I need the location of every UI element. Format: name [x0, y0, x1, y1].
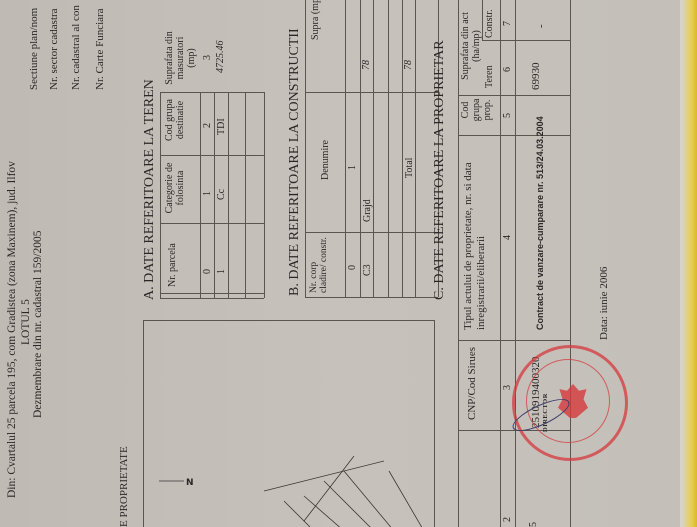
total-label: Total: [404, 158, 415, 178]
table-c-border: [458, 0, 459, 527]
cell-building-area: 78: [361, 60, 372, 70]
table-a-divider: [200, 92, 201, 298]
table-a-divider: [160, 155, 264, 156]
table-a-divider: [245, 92, 246, 298]
col-header-measured-area: Suprafata din masuratori (mp): [164, 28, 197, 88]
cell-destination-code: TDI: [216, 118, 227, 135]
cell-measured-area: 4725.46: [215, 41, 226, 74]
table-b-divider: [373, 0, 374, 297]
table-a-border: [160, 92, 161, 298]
table-b-divider: [388, 0, 389, 297]
cell-deed-type: Contract de vanzare-cumparare nr. 513/24…: [535, 116, 545, 330]
table-c-divider: [458, 340, 570, 341]
subcol-building: Constr.: [484, 9, 495, 38]
col-header-owner-group: Cod grupa prop.: [460, 90, 493, 130]
right-field-sector: Nr. sector cadastra: [48, 8, 60, 90]
table-c-divider: [515, 0, 516, 527]
cell-building-area-deed: -: [535, 24, 547, 28]
subcol-land: Teren: [484, 65, 495, 88]
cell-lot-no: 5: [528, 522, 539, 527]
section-b-title: B. DATE REFERITOARE LA CONSTRUCTII: [287, 28, 303, 296]
col-header-deed-type: Tipul actului de proprietate, nr. si dat…: [462, 140, 488, 330]
total-value: 78: [403, 60, 414, 70]
col-num-1: 1: [202, 191, 213, 196]
col-header-name: Denumire: [320, 140, 331, 180]
col-num-2: 2: [202, 123, 213, 128]
cell-land-area: 69930: [530, 63, 542, 91]
col-header-parcel: Nr. parcela: [167, 243, 178, 287]
lot-label: LOTUL 5: [20, 299, 32, 345]
table-a-border: [264, 92, 265, 298]
table-a-divider: [214, 92, 215, 298]
table-b-divider: [402, 0, 403, 297]
right-field-section-plan: Sectiune plan/nom: [28, 8, 40, 90]
table-b-border: [305, 92, 438, 93]
folder-edge: [683, 0, 697, 527]
cell-building-no: C3: [362, 264, 373, 276]
c-col-num-4: 4: [502, 235, 513, 240]
c-col-num-2: 2: [502, 517, 513, 522]
site-plan-sketch: N: [144, 321, 434, 527]
cell-building-name: Grajd: [362, 199, 373, 222]
right-field-land-book: Nr. Carte Funciara: [94, 8, 106, 90]
col-header-building-no: Nr. corp cladire/ constr.: [309, 235, 329, 293]
table-b-divider: [305, 232, 438, 233]
table-b-divider: [345, 0, 346, 297]
section-c-title: C. DATE REFERITOARE LA PROPRIETAR: [432, 40, 448, 300]
col-header-destination-code: Cod grupa destinatie: [164, 90, 186, 150]
table-c-divider: [500, 0, 501, 527]
col-header-use-category: Categorie de folosinta: [164, 158, 186, 218]
col-num-0: 0: [202, 269, 213, 274]
c-col-num-6: 6: [502, 67, 513, 72]
col-num-3: 3: [202, 55, 213, 60]
section-a-title: A. DATE REFERITOARE LA TEREN: [142, 79, 158, 300]
dismemberment-line: Dezmembrare din nr. cadastral 159/2005: [32, 231, 44, 418]
table-a-border: [160, 298, 264, 299]
north-arrow-icon: N: [186, 478, 194, 488]
c-col-num-3: 3: [502, 385, 513, 390]
c-col-num-7: 7: [502, 21, 513, 26]
document-date: Data: iunie 2006: [598, 267, 610, 340]
table-a-divider: [160, 293, 264, 294]
b-col-num-1: 1: [347, 165, 358, 170]
table-b-border: [305, 297, 438, 298]
col-header-area: Supra (mp): [310, 0, 321, 40]
table-c-subheader-divider: [482, 0, 483, 40]
cell-parcel: 1: [216, 269, 227, 274]
right-field-cadastral-no: Nr. cadastral al con: [70, 5, 82, 90]
table-b-divider: [360, 0, 361, 297]
plan-section-label: E PROPRIETATE: [118, 446, 130, 527]
table-b-divider: [415, 0, 416, 297]
table-c-divider: [482, 40, 570, 41]
origin-line: Din: Cvartalul 25 parcela 195, com Gradi…: [6, 161, 18, 498]
table-c-divider: [458, 135, 570, 136]
c-col-num-5: 5: [502, 113, 513, 118]
table-b-border: [305, 0, 306, 297]
col-header-deed-area: Suprafata din act (ha/mp): [460, 0, 482, 92]
site-plan-drawing: N: [143, 320, 435, 527]
table-a-divider: [228, 92, 229, 298]
table-a-divider: [160, 223, 264, 224]
col-header-cnp: CNP/Cod Sirues: [466, 347, 478, 420]
b-col-num-0: 0: [347, 265, 358, 270]
cell-use-category: Cc: [216, 189, 227, 200]
